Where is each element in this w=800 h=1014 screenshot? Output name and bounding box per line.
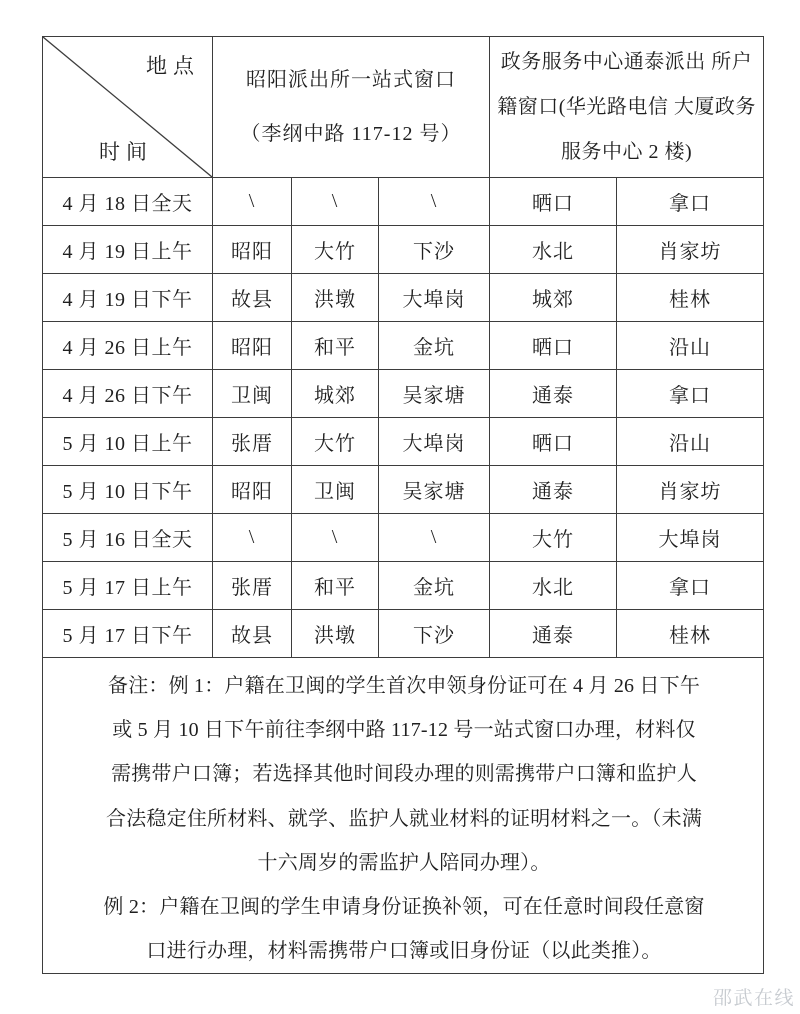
location-cell: 下沙 [379,610,490,658]
column-header-zhaoyang: 昭阳派出所一站式窗口 （李纲中路 117-12 号） [213,37,490,178]
location-cell: 大埠岗 [379,418,490,466]
table-row: 5 月 10 日上午张厝大竹大埠岗晒口沿山 [43,418,764,466]
location-cell: 通泰 [490,370,617,418]
table-row: 4 月 26 日上午昭阳和平金坑晒口沿山 [43,322,764,370]
note-line: 例 2：户籍在卫闽的学生申请身份证换补领，可在任意时间段任意窗 [55,885,753,929]
location-cell: 城郊 [292,370,379,418]
location-cell: 和平 [292,562,379,610]
location-cell: 城郊 [490,274,617,322]
location-cell: 沿山 [617,418,764,466]
location-cell: \ [379,514,490,562]
time-cell: 5 月 16 日全天 [43,514,213,562]
location-cell: 卫闽 [292,466,379,514]
location-cell: 大竹 [292,226,379,274]
location-cell: 昭阳 [213,466,292,514]
table-row: 4 月 19 日下午故县洪墩大埠岗城郊桂林 [43,274,764,322]
corner-label-location: 地点 [146,50,200,80]
location-cell: 张厝 [213,562,292,610]
note-row: 备注：例 1：户籍在卫闽的学生首次申领身份证可在 4 月 26 日下午或 5 月… [43,658,764,974]
time-cell: 5 月 10 日上午 [43,418,213,466]
note-cell: 备注：例 1：户籍在卫闽的学生首次申领身份证可在 4 月 26 日下午或 5 月… [43,658,764,974]
corner-label-time: 时间 [99,136,153,166]
note-line: 合法稳定住所材料、就学、监护人就业材料的证明材料之一。（未满 [55,797,753,841]
location-cell: 桂林 [617,610,764,658]
table-row: 4 月 19 日上午昭阳大竹下沙水北肖家坊 [43,226,764,274]
location-cell: 金坑 [379,322,490,370]
location-cell: 桂林 [617,274,764,322]
location-cell: 昭阳 [213,322,292,370]
note-line: 备注：例 1：户籍在卫闽的学生首次申领身份证可在 4 月 26 日下午 [55,664,753,708]
location-cell: \ [213,514,292,562]
location-cell: 和平 [292,322,379,370]
location-cell: 大埠岗 [379,274,490,322]
location-cell: 卫闽 [213,370,292,418]
location-cell: 拿口 [617,562,764,610]
location-cell: 晒口 [490,418,617,466]
location-cell: 洪墩 [292,274,379,322]
time-cell: 5 月 17 日上午 [43,562,213,610]
header-row: 地点 时间 昭阳派出所一站式窗口 （李纲中路 117-12 号） 政务服务中心通… [43,37,764,178]
time-cell: 4 月 19 日下午 [43,274,213,322]
time-cell: 4 月 26 日上午 [43,322,213,370]
location-cell: \ [292,178,379,226]
location-cell: 昭阳 [213,226,292,274]
time-cell: 4 月 19 日上午 [43,226,213,274]
location-cell: 水北 [490,226,617,274]
location-cell: 洪墩 [292,610,379,658]
location-cell: \ [379,178,490,226]
time-cell: 5 月 10 日下午 [43,466,213,514]
column-header-tongtai: 政务服务中心通泰派出 所户籍窗口(华光路电信 大厦政务服务中心 2 楼) [490,37,764,178]
location-cell: 故县 [213,274,292,322]
note-line: 十六周岁的需监护人陪同办理）。 [55,841,753,885]
schedule-table: 地点 时间 昭阳派出所一站式窗口 （李纲中路 117-12 号） 政务服务中心通… [42,36,764,974]
location-cell: 拿口 [617,370,764,418]
watermark: 邵武在线 [713,983,795,1010]
location-cell: 故县 [213,610,292,658]
location-cell: 拿口 [617,178,764,226]
location-cell: 晒口 [490,322,617,370]
time-cell: 4 月 26 日下午 [43,370,213,418]
note-line: 口进行办理，材料需携带户口簿或旧身份证（以此类推）。 [55,929,753,973]
location-cell: \ [213,178,292,226]
location-cell: 肖家坊 [617,466,764,514]
document-page: 地点 时间 昭阳派出所一站式窗口 （李纲中路 117-12 号） 政务服务中心通… [0,0,800,1014]
table-row: 5 月 17 日上午张厝和平金坑水北拿口 [43,562,764,610]
location-cell: 大竹 [292,418,379,466]
location-cell: 下沙 [379,226,490,274]
table-body: 地点 时间 昭阳派出所一站式窗口 （李纲中路 117-12 号） 政务服务中心通… [43,37,764,974]
location-cell: 肖家坊 [617,226,764,274]
location-cell: 通泰 [490,610,617,658]
table-row: 5 月 10 日下午昭阳卫闽吴家塘通泰肖家坊 [43,466,764,514]
location-cell: 张厝 [213,418,292,466]
table-row: 4 月 26 日下午卫闽城郊吴家塘通泰拿口 [43,370,764,418]
location-cell: 吴家塘 [379,466,490,514]
table-row: 5 月 16 日全天\\\大竹大埠岗 [43,514,764,562]
note-line: 需携带户口簿；若选择其他时间段办理的则需携带户口簿和监护人 [55,752,753,796]
location-cell: 水北 [490,562,617,610]
corner-cell: 地点 时间 [43,37,213,178]
location-cell: 大竹 [490,514,617,562]
location-cell: 晒口 [490,178,617,226]
location-cell: \ [292,514,379,562]
location-cell: 大埠岗 [617,514,764,562]
note-line: 或 5 月 10 日下午前往李纲中路 117-12 号一站式窗口办理，材料仅 [55,708,753,752]
location-cell: 吴家塘 [379,370,490,418]
location-cell: 金坑 [379,562,490,610]
location-cell: 通泰 [490,466,617,514]
location-cell: 沿山 [617,322,764,370]
time-cell: 5 月 17 日下午 [43,610,213,658]
table-row: 5 月 17 日下午故县洪墩下沙通泰桂林 [43,610,764,658]
time-cell: 4 月 18 日全天 [43,178,213,226]
table-row: 4 月 18 日全天\\\晒口拿口 [43,178,764,226]
